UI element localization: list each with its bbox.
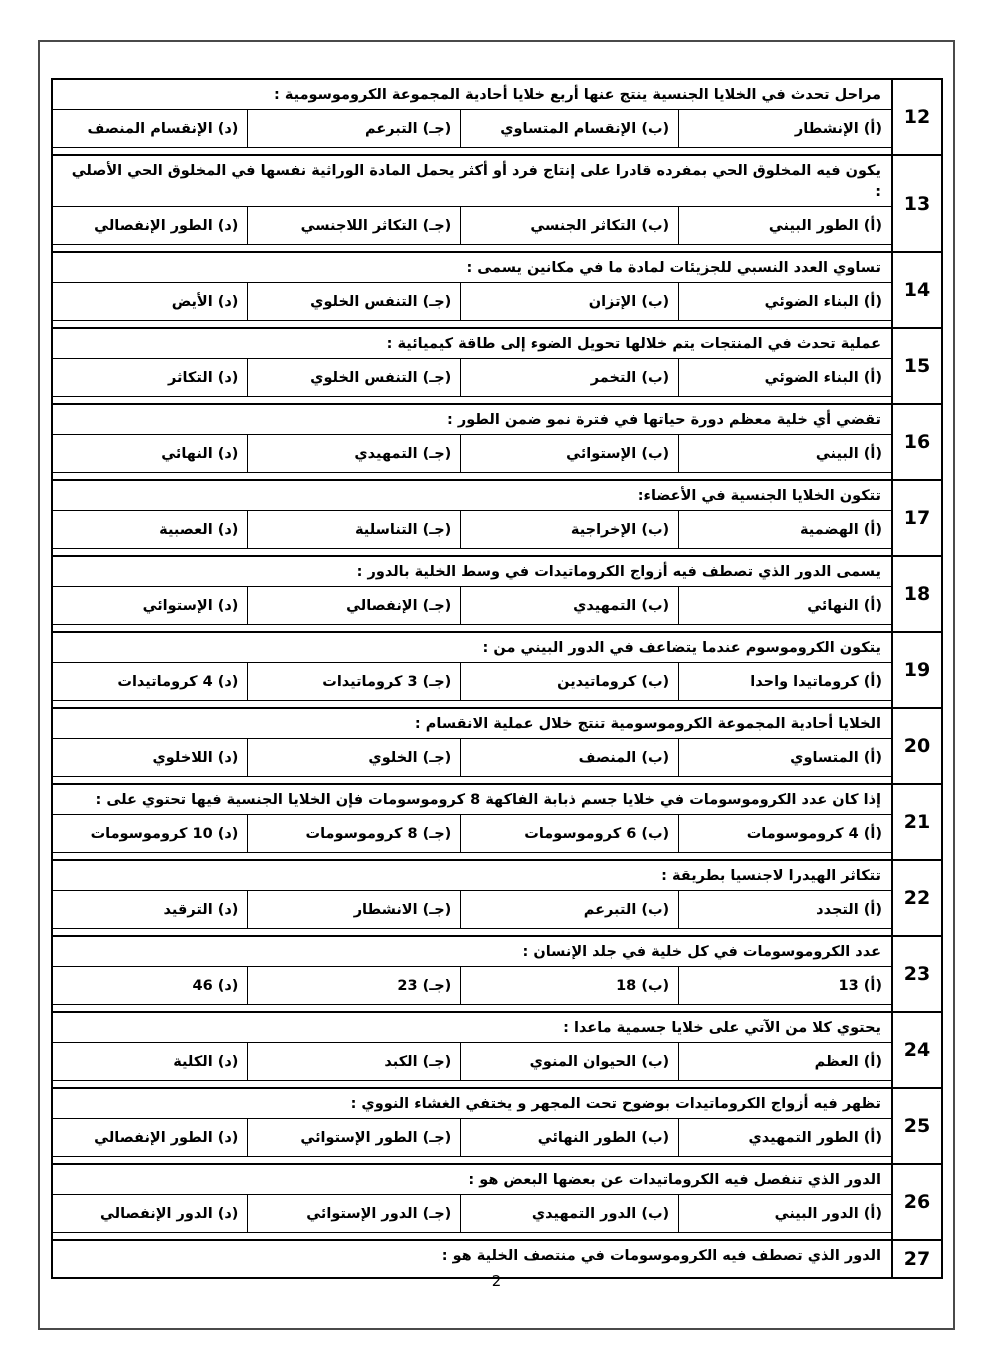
option-c: (جـ) الدور الإستوائي: [247, 1195, 460, 1232]
option-c: (جـ) 8 كروموسومات: [247, 815, 460, 852]
question-content: إذا كان عدد الكروموسومات في خلايا جسم ذب…: [53, 785, 891, 859]
option-a: (أ) الإنشطار: [678, 110, 891, 147]
option-a: (أ) الهضمية: [678, 511, 891, 548]
question-number: 20: [891, 709, 941, 783]
option-a: (أ) الدور البيني: [678, 1195, 891, 1232]
option-b: (ب) الإتزان: [460, 283, 678, 320]
options-row: (أ) الطور البيني (ب) التكاثر الجنسي (جـ)…: [53, 207, 891, 245]
option-d: (د) 10 كروموسومات: [53, 815, 247, 852]
option-b: (ب) التمهيدي: [460, 587, 678, 624]
option-a: (أ) التجدد: [678, 891, 891, 928]
question-block: 15 عملية تحدث في المنتجات يتم خلالها تحو…: [51, 327, 943, 405]
question-block: 22 تتكاثر الهيدرا لاجنسيا بطريقة : (أ) ا…: [51, 859, 943, 937]
option-a: (أ) العظم: [678, 1043, 891, 1080]
question-text: يحتوي كلا من الآتي على خلايا جسمية ماعدا…: [53, 1013, 891, 1043]
question-text: الخلايا أحادية المجموعة الكروموسومية تنت…: [53, 709, 891, 739]
page-number: 2: [40, 1272, 953, 1290]
question-text: الدور الذي تصطف فيه الكروموسومات في منتص…: [53, 1241, 891, 1275]
options-row: (أ) الطور التمهيدي (ب) الطور النهائي (جـ…: [53, 1119, 891, 1157]
option-c: (جـ) الطور الإستوائي: [247, 1119, 460, 1156]
question-content: يتكون الكروموسوم عندما يتضاعف في الدور ا…: [53, 633, 891, 707]
options-row: (أ) المتساوي (ب) المنصف (جـ) الخلوي (د) …: [53, 739, 891, 777]
question-number: 23: [891, 937, 941, 1011]
option-a: (أ) الطور البيني: [678, 207, 891, 244]
option-d: (د) الإنقسام المنصف: [53, 110, 247, 147]
option-b: (ب) التخمر: [460, 359, 678, 396]
question-text: تتكاثر الهيدرا لاجنسيا بطريقة :: [53, 861, 891, 891]
question-block: 19 يتكون الكروموسوم عندما يتضاعف في الدو…: [51, 631, 943, 709]
question-number: 19: [891, 633, 941, 707]
exam-page-sheet: 12 مراحل تحدث في الخلايا الجنسية ينتج عن…: [38, 40, 955, 1330]
option-d: (د) اللاخلوي: [53, 739, 247, 776]
option-c: (جـ) التمهيدي: [247, 435, 460, 472]
question-block: 23 عدد الكروموسومات في كل خلية في جلد ال…: [51, 935, 943, 1013]
question-text: عدد الكروموسومات في كل خلية في جلد الإنس…: [53, 937, 891, 967]
option-d: (د) الترقيد: [53, 891, 247, 928]
question-block: 24 يحتوي كلا من الآتي على خلايا جسمية ما…: [51, 1011, 943, 1089]
option-d: (د) الإستوائي: [53, 587, 247, 624]
option-b: (ب) الحيوان المنوي: [460, 1043, 678, 1080]
option-d: (د) 46: [53, 967, 247, 1004]
question-block: 25 تظهر فيه أزواج الكروماتيدات بوضوح تحت…: [51, 1087, 943, 1165]
question-block: 17 تتكون الخلايا الجنسية في الأعضاء: (أ)…: [51, 479, 943, 557]
option-d: (د) التكاثر: [53, 359, 247, 396]
option-a: (أ) الطور التمهيدي: [678, 1119, 891, 1156]
option-c: (جـ) 23: [247, 967, 460, 1004]
question-number: 22: [891, 861, 941, 935]
question-text: تظهر فيه أزواج الكروماتيدات بوضوح تحت ال…: [53, 1089, 891, 1119]
option-c: (جـ) التنفس الخلوي: [247, 359, 460, 396]
option-a: (أ) 4 كروموسومات: [678, 815, 891, 852]
question-block: 16 تقضي أي خلية معظم دورة حياتها في فترة…: [51, 403, 943, 481]
question-block: 13 يكون فيه المخلوق الحي بمفرده قادرا عل…: [51, 154, 943, 253]
option-b: (ب) الإنقسام المتساوي: [460, 110, 678, 147]
question-content: يكون فيه المخلوق الحي بمفرده قادرا على إ…: [53, 156, 891, 251]
option-d: (د) الطور الإنفصالي: [53, 207, 247, 244]
question-text: تساوي العدد النسبي للجزيئات لمادة ما في …: [53, 253, 891, 283]
question-text: يتكون الكروموسوم عندما يتضاعف في الدور ا…: [53, 633, 891, 663]
option-b: (ب) الإخراجية: [460, 511, 678, 548]
question-number: 16: [891, 405, 941, 479]
question-content: تقضي أي خلية معظم دورة حياتها في فترة نم…: [53, 405, 891, 479]
question-block: 26 الدور الذي تنفصل فيه الكروماتيدات عن …: [51, 1163, 943, 1241]
options-row: (أ) التجدد (ب) التبرعم (جـ) الانشطار (د)…: [53, 891, 891, 929]
question-content: تتكون الخلايا الجنسية في الأعضاء: (أ) ال…: [53, 481, 891, 555]
option-b: (ب) 18: [460, 967, 678, 1004]
options-row: (أ) البناء الضوئي (ب) التخمر (جـ) التنفس…: [53, 359, 891, 397]
option-a: (أ) المتساوي: [678, 739, 891, 776]
option-d: (د) العصبية: [53, 511, 247, 548]
question-number: 17: [891, 481, 941, 555]
question-content: يحتوي كلا من الآتي على خلايا جسمية ماعدا…: [53, 1013, 891, 1087]
option-c: (جـ) الخلوي: [247, 739, 460, 776]
question-content: مراحل تحدث في الخلايا الجنسية ينتج عنها …: [53, 80, 891, 154]
question-block: 14 تساوي العدد النسبي للجزيئات لمادة ما …: [51, 251, 943, 329]
options-row: (أ) 13 (ب) 18 (جـ) 23 (د) 46: [53, 967, 891, 1005]
option-b: (ب) التكاثر الجنسي: [460, 207, 678, 244]
options-row: (أ) البناء الضوئي (ب) الإتزان (جـ) التنف…: [53, 283, 891, 321]
option-b: (ب) الدور التمهيدي: [460, 1195, 678, 1232]
option-b: (ب) كروماتيدين: [460, 663, 678, 700]
option-d: (د) الكلية: [53, 1043, 247, 1080]
options-row: (أ) النهائي (ب) التمهيدي (جـ) الإنفصالي …: [53, 587, 891, 625]
option-a: (أ) البناء الضوئي: [678, 283, 891, 320]
option-c: (جـ) التبرعم: [247, 110, 460, 147]
question-content: عملية تحدث في المنتجات يتم خلالها تحويل …: [53, 329, 891, 403]
options-row: (أ) 4 كروموسومات (ب) 6 كروموسومات (جـ) 8…: [53, 815, 891, 853]
option-b: (ب) 6 كروموسومات: [460, 815, 678, 852]
option-d: (د) الطور الإنفصالي: [53, 1119, 247, 1156]
option-d: (د) الأيض: [53, 283, 247, 320]
question-text: مراحل تحدث في الخلايا الجنسية ينتج عنها …: [53, 80, 891, 110]
options-row: (أ) الدور البيني (ب) الدور التمهيدي (جـ)…: [53, 1195, 891, 1233]
option-b: (ب) المنصف: [460, 739, 678, 776]
question-content: تتكاثر الهيدرا لاجنسيا بطريقة : (أ) التج…: [53, 861, 891, 935]
option-d: (د) النهائي: [53, 435, 247, 472]
question-text: يكون فيه المخلوق الحي بمفرده قادرا على إ…: [53, 156, 891, 207]
question-content: الدور الذي تنفصل فيه الكروماتيدات عن بعض…: [53, 1165, 891, 1239]
quiz-table: 12 مراحل تحدث في الخلايا الجنسية ينتج عن…: [51, 78, 943, 1279]
question-content: يسمى الدور الذي تصطف فيه أزواج الكروماتي…: [53, 557, 891, 631]
question-block: 12 مراحل تحدث في الخلايا الجنسية ينتج عن…: [51, 78, 943, 156]
options-row: (أ) العظم (ب) الحيوان المنوي (جـ) الكبد …: [53, 1043, 891, 1081]
question-text: عملية تحدث في المنتجات يتم خلالها تحويل …: [53, 329, 891, 359]
question-content: تظهر فيه أزواج الكروماتيدات بوضوح تحت ال…: [53, 1089, 891, 1163]
option-c: (جـ) الكبد: [247, 1043, 460, 1080]
option-c: (جـ) 3 كروماتيدات: [247, 663, 460, 700]
option-a: (أ) كروماتيدا واحدا: [678, 663, 891, 700]
question-number: 24: [891, 1013, 941, 1087]
question-block: 18 يسمى الدور الذي تصطف فيه أزواج الكروم…: [51, 555, 943, 633]
question-text: إذا كان عدد الكروموسومات في خلايا جسم ذب…: [53, 785, 891, 815]
question-text: تتكون الخلايا الجنسية في الأعضاء:: [53, 481, 891, 511]
question-number: 14: [891, 253, 941, 327]
option-c: (جـ) التنفس الخلوي: [247, 283, 460, 320]
option-d: (د) 4 كروماتيدات: [53, 663, 247, 700]
question-content: الخلايا أحادية المجموعة الكروموسومية تنت…: [53, 709, 891, 783]
question-number: 21: [891, 785, 941, 859]
question-number: 15: [891, 329, 941, 403]
question-number: 18: [891, 557, 941, 631]
question-content: عدد الكروموسومات في كل خلية في جلد الإنس…: [53, 937, 891, 1011]
question-number: 12: [891, 80, 941, 154]
options-row: (أ) البيني (ب) الإستوائي (جـ) التمهيدي (…: [53, 435, 891, 473]
question-text: يسمى الدور الذي تصطف فيه أزواج الكروماتي…: [53, 557, 891, 587]
options-row: (أ) الهضمية (ب) الإخراجية (جـ) التناسلية…: [53, 511, 891, 549]
options-row: (أ) الإنشطار (ب) الإنقسام المتساوي (جـ) …: [53, 110, 891, 148]
option-a: (أ) النهائي: [678, 587, 891, 624]
question-number: 25: [891, 1089, 941, 1163]
options-row: (أ) كروماتيدا واحدا (ب) كروماتيدين (جـ) …: [53, 663, 891, 701]
question-block: 21 إذا كان عدد الكروموسومات في خلايا جسم…: [51, 783, 943, 861]
question-number: 13: [891, 156, 941, 251]
option-a: (أ) 13: [678, 967, 891, 1004]
option-b: (ب) الإستوائي: [460, 435, 678, 472]
option-c: (جـ) الانشطار: [247, 891, 460, 928]
option-c: (جـ) التناسلية: [247, 511, 460, 548]
option-a: (أ) البيني: [678, 435, 891, 472]
option-a: (أ) البناء الضوئي: [678, 359, 891, 396]
option-b: (ب) الطور النهائي: [460, 1119, 678, 1156]
option-d: (د) الدور الإنفصالي: [53, 1195, 247, 1232]
question-number: 26: [891, 1165, 941, 1239]
question-text: الدور الذي تنفصل فيه الكروماتيدات عن بعض…: [53, 1165, 891, 1195]
question-content: تساوي العدد النسبي للجزيئات لمادة ما في …: [53, 253, 891, 327]
option-c: (جـ) التكاثر اللاجنسي: [247, 207, 460, 244]
question-block: 20 الخلايا أحادية المجموعة الكروموسومية …: [51, 707, 943, 785]
option-c: (جـ) الإنفصالي: [247, 587, 460, 624]
question-text: تقضي أي خلية معظم دورة حياتها في فترة نم…: [53, 405, 891, 435]
option-b: (ب) التبرعم: [460, 891, 678, 928]
